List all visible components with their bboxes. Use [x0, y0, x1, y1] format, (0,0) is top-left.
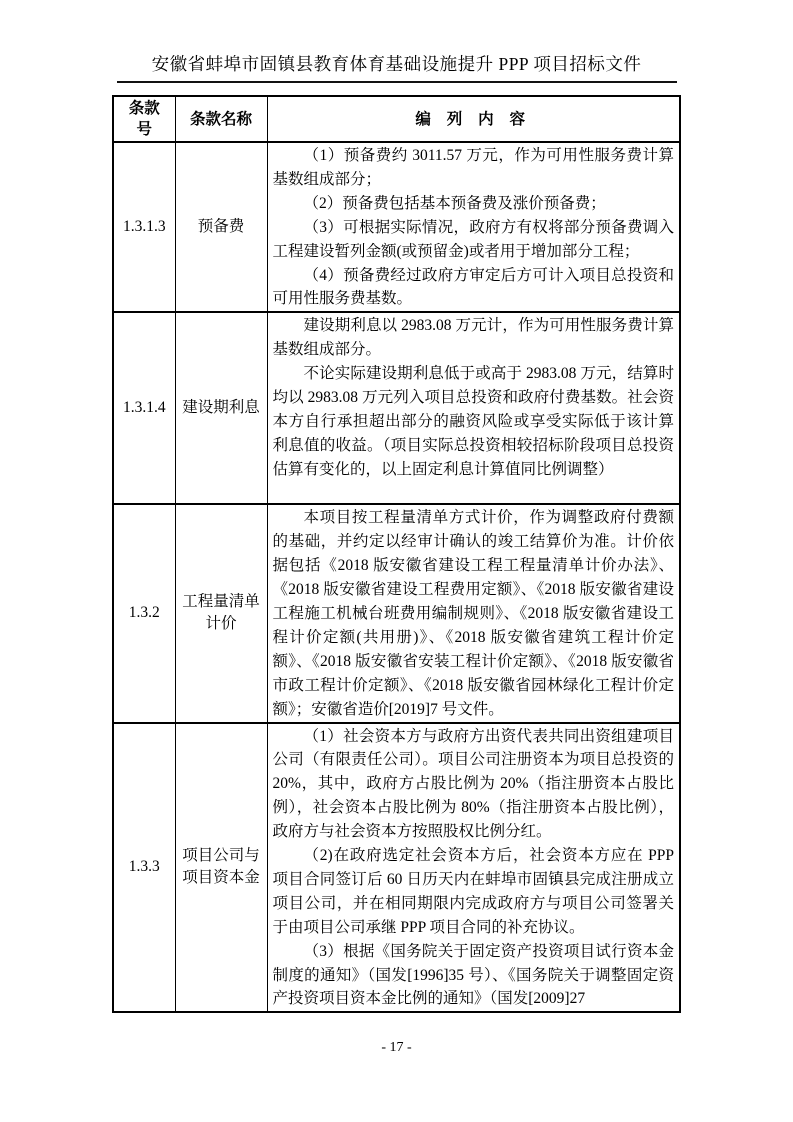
content-paragraph: （2)在政府选定社会资本方后，社会资本方应在 PPP 项目合同签订后 60 日历… [273, 844, 675, 940]
clause-name-cell: 项目公司与项目资本金 [175, 723, 267, 1013]
column-header-clause-name: 条款名称 [175, 96, 267, 142]
table-header-row: 条款 号 条款名称 编 列 内 容 [113, 96, 680, 142]
content-paragraph: （2）预备费包括基本预备费及涨价预备费； [273, 192, 675, 216]
clause-content-cell: （1）预备费约 3011.57 万元，作为可用性服务费计算基数组成部分； （2）… [267, 142, 680, 312]
clause-content-cell: （1）社会资本方与政府方出资代表共同出资组建项目公司（有限责任公司）。项目公司注… [267, 723, 680, 1013]
content-paragraph: （1）预备费约 3011.57 万元，作为可用性服务费计算基数组成部分； [273, 144, 675, 192]
title-underline [117, 81, 677, 83]
content-paragraph: 建设期利息以 2983.08 万元计，作为可用性服务费计算基数组成部分。 [273, 314, 675, 362]
table-row: 1.3.1.3 预备费 （1）预备费约 3011.57 万元，作为可用性服务费计… [113, 142, 680, 312]
clause-name-cell: 预备费 [175, 142, 267, 312]
clause-content-cell: 建设期利息以 2983.08 万元计，作为可用性服务费计算基数组成部分。 不论实… [267, 312, 680, 504]
clause-id-cell: 1.3.1.4 [113, 312, 175, 504]
table-row: 1.3.1.4 建设期利息 建设期利息以 2983.08 万元计，作为可用性服务… [113, 312, 680, 504]
table-row: 1.3.3 项目公司与项目资本金 （1）社会资本方与政府方出资代表共同出资组建项… [113, 723, 680, 1013]
clause-table: 条款 号 条款名称 编 列 内 容 1.3.1.3 预备费 （1）预备费约 30… [112, 95, 681, 1013]
content-paragraph: （4）预备费经过政府方审定后方可计入项目总投资和可用性服务费基数。 [273, 264, 675, 312]
document-header: 安徽省蚌埠市固镇县教育体育基础设施提升 PPP 项目招标文件 [0, 0, 793, 83]
column-header-content: 编 列 内 容 [267, 96, 680, 142]
table-row: 1.3.2 工程量清单计价 本项目按工程量清单方式计价，作为调整政府付费额的基础… [113, 504, 680, 722]
content-paragraph: 本项目按工程量清单方式计价，作为调整政府付费额的基础，并约定以经审计确认的竣工结… [273, 506, 675, 721]
clause-name-cell: 工程量清单计价 [175, 504, 267, 722]
content-paragraph: 不论实际建设期利息低于或高于 2983.08 万元，结算时均以 2983.08 … [273, 362, 675, 482]
page-title: 安徽省蚌埠市固镇县教育体育基础设施提升 PPP 项目招标文件 [0, 52, 793, 77]
content-paragraph: （3）可根据实际情况，政府方有权将部分预备费调入工程建设暂列金额(或预留金)或者… [273, 216, 675, 264]
clause-content-cell: 本项目按工程量清单方式计价，作为调整政府付费额的基础，并约定以经审计确认的竣工结… [267, 504, 680, 722]
page-number: - 17 - [0, 1040, 793, 1056]
column-header-clause-id: 条款 号 [113, 96, 175, 142]
content-paragraph: （1）社会资本方与政府方出资代表共同出资组建项目公司（有限责任公司）。项目公司注… [273, 725, 675, 845]
document-page: 安徽省蚌埠市固镇县教育体育基础设施提升 PPP 项目招标文件 条款 号 条款名称… [0, 0, 793, 1122]
clause-name-cell: 建设期利息 [175, 312, 267, 504]
clause-id-cell: 1.3.3 [113, 723, 175, 1013]
clause-id-cell: 1.3.1.3 [113, 142, 175, 312]
content-paragraph: （3）根据《国务院关于固定资产投资项目试行资本金制度的通知》（国发[1996]3… [273, 940, 675, 1012]
clause-id-cell: 1.3.2 [113, 504, 175, 722]
